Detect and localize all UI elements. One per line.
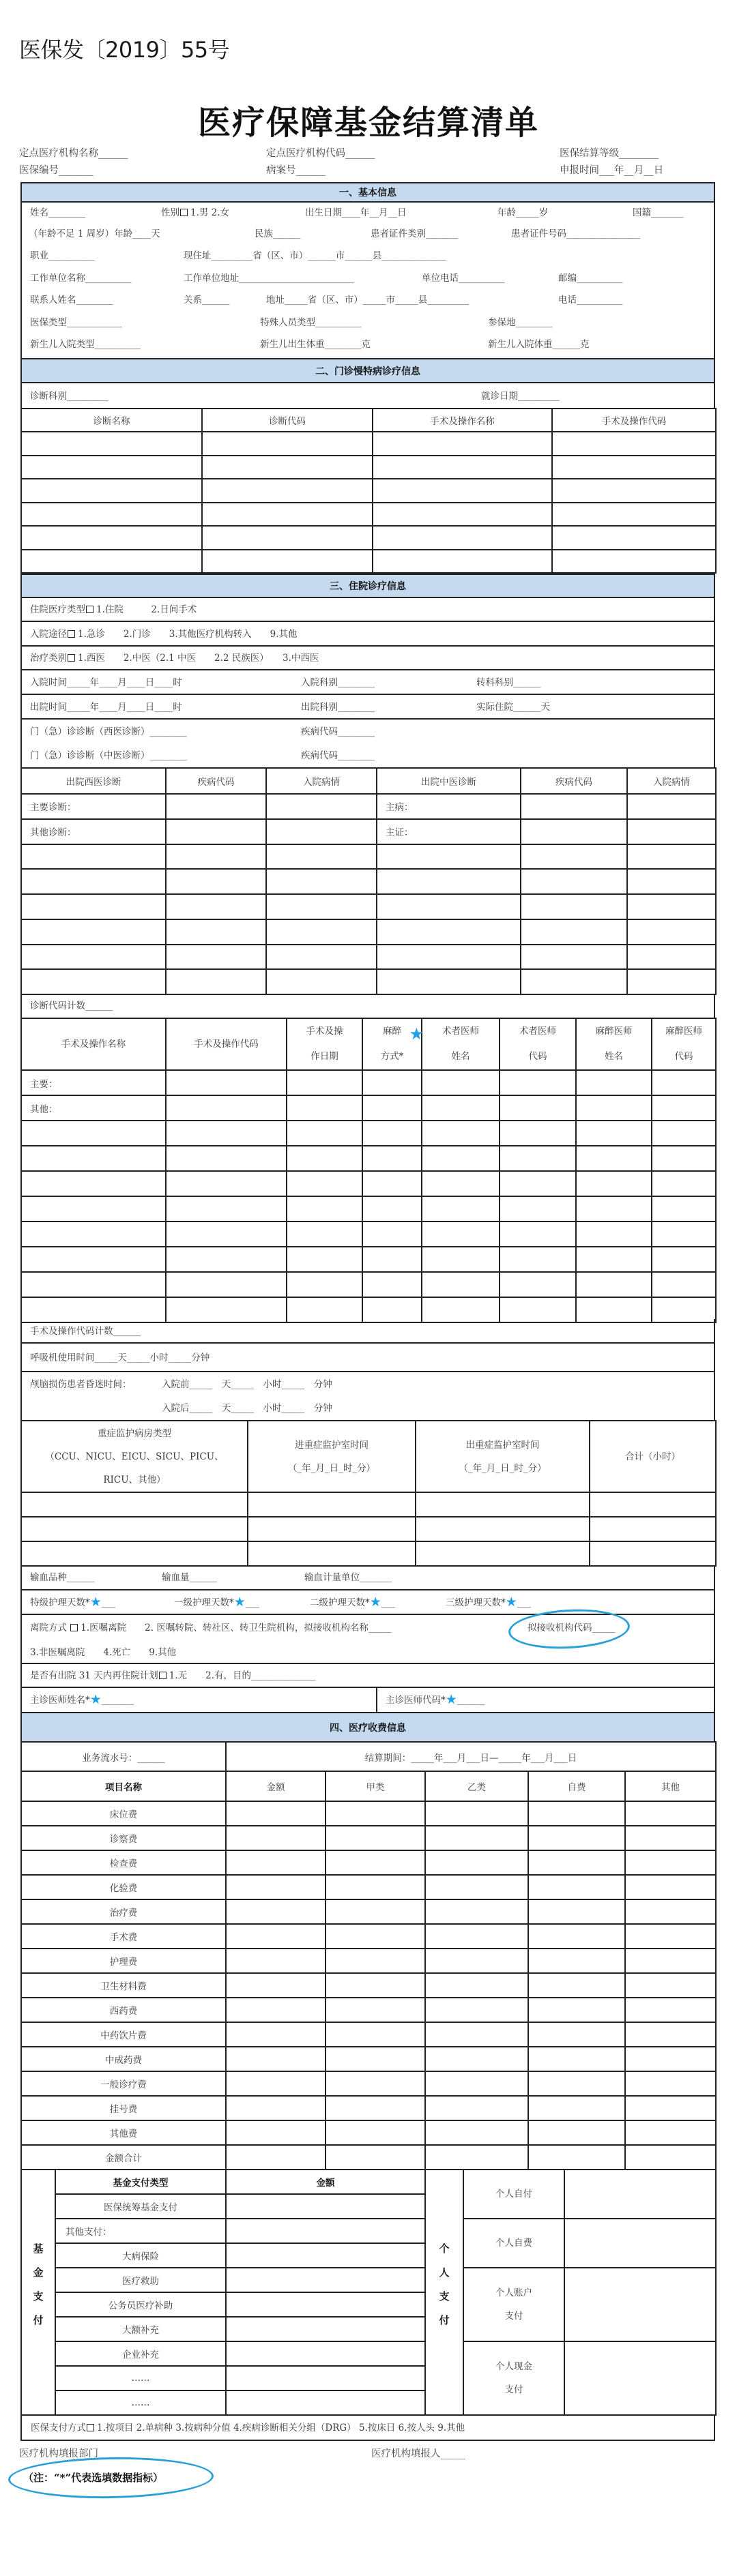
attending-code-field: 主诊医师代码*★______ xyxy=(386,1693,485,1707)
table-cell xyxy=(226,2022,326,2047)
table-cell xyxy=(425,1850,528,1875)
diagnosis-dept-field: 诊断科别_________ xyxy=(30,389,109,403)
table-row: 其他诊断： 主证： xyxy=(21,819,716,844)
table-cell xyxy=(21,1247,166,1272)
fee-row: 一般诊疗费 xyxy=(21,2071,716,2096)
table-cell xyxy=(287,1196,362,1222)
table-cell xyxy=(226,1949,326,1973)
personal-payment-group: 个人支付 xyxy=(425,2170,463,2415)
employer-phone-field: 单位电话__________ xyxy=(422,271,505,285)
field-label: 特级护理天数* xyxy=(30,1597,90,1608)
ventilator-row: 呼吸机使用时间_____天_____小时_____分钟 xyxy=(20,1344,715,1372)
care-type-label: 住院医疗类型 xyxy=(30,604,85,615)
table-row xyxy=(21,1492,716,1517)
table-cell xyxy=(266,919,377,945)
table-cell xyxy=(627,945,716,970)
table-cell xyxy=(202,456,373,479)
table-cell xyxy=(521,969,627,994)
care-type-row: 住院医疗类型1.住院 2.日间手术 xyxy=(20,598,715,622)
table-cell xyxy=(528,1973,625,1998)
table-cell xyxy=(627,969,716,994)
gender-field: 性别1.男 2.女 xyxy=(161,206,229,220)
readmission-plan-field: 是否有出院 31 天内再住院计划1.无 2.有，目的______________ xyxy=(30,1669,316,1683)
attending-name-field: 主诊医师姓名*★_______ xyxy=(30,1693,134,1707)
table-cell xyxy=(226,1850,326,1875)
payment-method-field: 医保支付方式1.按项目 2.单病种 3.按病种分值 4.疾病诊断相关分组（DRG… xyxy=(31,2421,465,2435)
table-cell xyxy=(326,1801,425,1826)
table-cell xyxy=(21,1196,166,1222)
section-title: 三、住院诊疗信息 xyxy=(330,579,406,593)
birth-date-field: 出生日期____年__月__日 xyxy=(305,206,407,220)
id-type-field: 患者证件类别_______ xyxy=(371,227,458,241)
table-cell xyxy=(652,1247,716,1272)
table-cell xyxy=(625,2022,716,2047)
annotation-circle xyxy=(8,2455,214,2500)
table-cell xyxy=(528,1998,625,2022)
table-cell xyxy=(326,1875,425,1899)
fund-type-label: 医疗救助 xyxy=(55,2268,226,2292)
table-cell xyxy=(528,2047,625,2071)
newborn-admission-weight-field: 新生儿入院体重______克 xyxy=(488,338,590,351)
table-cell xyxy=(362,1171,422,1196)
table-cell xyxy=(576,1121,652,1146)
table-cell xyxy=(528,2071,625,2096)
discharge-mode-field: 离院方式 1.医嘱离院 2. 医嘱转院、转社区、转卫生院机构，拟接收机构名称__… xyxy=(30,1621,392,1635)
table-cell xyxy=(652,1171,716,1196)
table-cell xyxy=(627,894,716,919)
fee-item-label: 化验费 xyxy=(21,1875,226,1899)
table-cell xyxy=(226,2268,425,2292)
admission-dept-field: 入院科别________ xyxy=(301,676,375,690)
table-cell xyxy=(625,2071,716,2096)
table-cell xyxy=(266,794,377,819)
fee-item-label: 一般诊疗费 xyxy=(21,2071,226,2096)
field-blank: ___ xyxy=(517,1597,531,1608)
table-cell xyxy=(248,1541,416,1566)
star-icon: ★ xyxy=(506,1595,517,1610)
personal-item-label: 个人自付 xyxy=(463,2170,564,2219)
table-row xyxy=(21,1517,716,1541)
table-cell xyxy=(500,1095,576,1121)
table-cell xyxy=(21,1272,166,1297)
readmission-label: 是否有出院 31 天内再住院计划 xyxy=(30,1670,158,1681)
level1-nursing-days-field: 一级护理天数*★___ xyxy=(174,1596,259,1610)
table-row xyxy=(21,1247,716,1272)
treatment-type-field: 治疗类别1.西医 2.中医（2.1 中医 2.2 民族医） 3.中西医 xyxy=(30,651,319,665)
fee-row: 卫生材料费 xyxy=(21,1973,716,1998)
serial-number-field: 业务流水号：______ xyxy=(21,1742,226,1771)
table-cell xyxy=(326,1826,425,1850)
table-cell xyxy=(166,1222,287,1247)
table-cell xyxy=(590,1492,716,1517)
star-icon: ★ xyxy=(90,1595,102,1610)
fee-item-label: 西药费 xyxy=(21,1998,226,2022)
table-cell xyxy=(422,1171,500,1196)
fee-row: 中药饮片费 xyxy=(21,2022,716,2047)
table-cell xyxy=(226,2145,326,2170)
table-cell xyxy=(552,479,716,503)
table-cell xyxy=(576,1095,652,1121)
table-cell xyxy=(287,1272,362,1297)
table-cell xyxy=(625,2145,716,2170)
table-row: 其他： xyxy=(21,1095,716,1121)
table-cell xyxy=(627,844,716,870)
table-cell xyxy=(166,1146,287,1171)
checkbox-icon xyxy=(68,654,75,662)
table-cell xyxy=(627,919,716,945)
table-cell xyxy=(266,869,377,894)
table-row xyxy=(21,432,716,456)
column-header: 术者医师 代码 xyxy=(500,1018,576,1070)
table-cell xyxy=(576,1070,652,1095)
level2-nursing-days-field: 二级护理天数*★___ xyxy=(310,1596,395,1610)
name-field: 姓名________ xyxy=(30,206,85,220)
table-cell xyxy=(226,2047,326,2071)
table-cell xyxy=(425,1973,528,1998)
table-row xyxy=(21,1171,716,1196)
field-label: 主诊医师姓名* xyxy=(30,1695,90,1706)
table-cell xyxy=(326,2022,425,2047)
table-cell xyxy=(326,2145,425,2170)
column-header: 手术及操作代码 xyxy=(552,409,716,432)
er-diagnosis-tcm-field: 门（急）诊诊断（中医诊断）________ xyxy=(30,749,187,763)
table-row xyxy=(21,1121,716,1146)
table-cell xyxy=(500,1222,576,1247)
table-cell xyxy=(521,794,627,819)
procedure-code-count-field: 手术及操作代码计数______ xyxy=(30,1324,141,1338)
discharge-mode-options-2: 3.非医嘱离院 4.死亡 9.其他 xyxy=(30,1646,176,1659)
table-cell xyxy=(362,1070,422,1095)
table-cell xyxy=(21,526,202,550)
actual-stay-days-field: 实际住院______天 xyxy=(476,700,550,714)
table-cell xyxy=(652,1196,716,1222)
table-cell xyxy=(362,1095,422,1121)
table-cell xyxy=(166,869,266,894)
table-cell xyxy=(362,1146,422,1171)
fund-type-label: 大病保险 xyxy=(55,2243,226,2268)
table-cell xyxy=(373,526,552,550)
table-cell xyxy=(326,1850,425,1875)
table-cell xyxy=(373,456,552,479)
er-diagnosis-western-field: 门（急）诊诊断（西医诊断）________ xyxy=(30,725,187,739)
column-header: 麻醉医师 代码 xyxy=(652,1018,716,1070)
infant-age-field: （年龄不足 1 周岁）年龄____天 xyxy=(29,227,160,241)
table-cell xyxy=(652,1070,716,1095)
table-cell xyxy=(528,2145,625,2170)
outpatient-diagnosis-table: 诊断名称 诊断代码 手术及操作名称 手术及操作代码 xyxy=(20,408,717,574)
star-icon: ★ xyxy=(370,1595,381,1610)
table-cell xyxy=(21,1517,248,1541)
column-header: 乙类 xyxy=(425,1771,528,1801)
table-cell xyxy=(528,1899,625,1924)
nationality-field: 国籍_______ xyxy=(633,206,683,220)
discharge-diagnosis-table: 出院西医诊断 疾病代码 入院病情 出院中医诊断 疾病代码 入院病情 主要诊断： … xyxy=(20,767,717,995)
table-cell xyxy=(373,479,552,503)
blood-type-field: 输血品种______ xyxy=(30,1571,95,1584)
checkbox-icon xyxy=(87,2424,94,2431)
table-cell xyxy=(266,894,377,919)
table-cell xyxy=(425,1899,528,1924)
nursing-days-row: 特级护理天数*★___ 一级护理天数*★___ 二级护理天数*★___ 三级护理… xyxy=(20,1590,715,1615)
checkbox-icon xyxy=(86,606,93,613)
table-cell xyxy=(590,1517,716,1541)
table-cell xyxy=(226,2341,425,2366)
table-cell xyxy=(422,1247,500,1272)
table-cell xyxy=(422,1121,500,1146)
treatment-type-options: 1.西医 2.中医（2.1 中医 2.2 民族医） 3.中西医 xyxy=(78,653,319,664)
table-cell xyxy=(326,2120,425,2145)
table-cell xyxy=(377,894,521,919)
table-cell xyxy=(21,479,202,503)
table-cell xyxy=(287,1171,362,1196)
table-cell xyxy=(564,2341,716,2415)
table-cell xyxy=(202,550,373,574)
table-header-row: 手术及操作名称 手术及操作代码 手术及操 作日期 麻醉 方式*★ 术者医师 姓名… xyxy=(21,1018,716,1070)
age-field: 年龄_____岁 xyxy=(497,206,548,220)
fee-row: 化验费 xyxy=(21,1875,716,1899)
personal-item-label: 个人现金 支付 xyxy=(463,2341,564,2415)
table-cell xyxy=(576,1247,652,1272)
table-cell xyxy=(166,1095,287,1121)
table-cell xyxy=(226,1875,326,1899)
table-cell xyxy=(226,2071,326,2096)
fund-type-label: 医保统筹基金支付 xyxy=(55,2194,226,2219)
table-cell xyxy=(425,1924,528,1949)
column-header: 金额 xyxy=(226,1771,326,1801)
table-cell xyxy=(552,503,716,527)
table-cell xyxy=(202,479,373,503)
field-blank: ___ xyxy=(246,1597,259,1608)
payment-method-row: 医保支付方式1.按项目 2.单病种 3.按病种分值 4.疾病诊断相关分组（DRG… xyxy=(20,2416,715,2441)
table-cell xyxy=(425,1949,528,1973)
table-row: 主要： xyxy=(21,1070,716,1095)
checkbox-icon xyxy=(68,630,75,638)
table-row xyxy=(21,1146,716,1171)
field-blank: ___ xyxy=(102,1597,115,1608)
table-cell xyxy=(652,1095,716,1121)
table-cell xyxy=(226,1826,326,1850)
table-cell xyxy=(576,1196,652,1222)
table-cell xyxy=(521,869,627,894)
checkbox-icon xyxy=(180,209,188,216)
column-header: 合计（小时） xyxy=(590,1421,716,1492)
column-header: 其他 xyxy=(625,1771,716,1801)
table-cell xyxy=(166,1247,287,1272)
table-cell xyxy=(166,1070,287,1095)
table-cell xyxy=(652,1121,716,1146)
table-row: 其他支付： 个人自费 xyxy=(21,2219,716,2243)
procedure-table: 手术及操作名称 手术及操作代码 手术及操 作日期 麻醉 方式*★ 术者医师 姓名… xyxy=(20,1018,717,1323)
field-label: 一级护理天数* xyxy=(174,1597,234,1608)
table-row xyxy=(21,479,716,503)
personal-item-label: 个人自费 xyxy=(463,2219,564,2268)
table-row xyxy=(21,1272,716,1297)
table-cell xyxy=(166,819,266,844)
table-cell xyxy=(287,1070,362,1095)
section-title: 二、门诊慢特病诊疗信息 xyxy=(315,364,420,378)
document-number: 医保发〔2019〕55号 xyxy=(19,36,229,63)
postcode-field: 邮编__________ xyxy=(558,271,623,285)
table-cell xyxy=(202,526,373,550)
fee-row: 挂号费 xyxy=(21,2096,716,2120)
table-cell xyxy=(326,2047,425,2071)
table-cell xyxy=(166,945,266,970)
table-cell xyxy=(590,1541,716,1566)
table-cell xyxy=(248,1517,416,1541)
table-cell xyxy=(625,1998,716,2022)
table-row xyxy=(21,969,716,994)
table-row: 医疗救助 个人账户 支付 xyxy=(21,2268,716,2292)
fund-type-label: …… xyxy=(55,2366,226,2390)
table-cell xyxy=(500,1272,576,1297)
table-cell xyxy=(377,945,521,970)
employer-name-field: 工作单位名称__________ xyxy=(30,271,132,285)
table-cell xyxy=(373,503,552,527)
table-cell xyxy=(266,945,377,970)
table-cell xyxy=(287,1095,362,1121)
personal-item-label: 个人账户 支付 xyxy=(463,2268,564,2341)
table-cell xyxy=(287,1121,362,1146)
table-cell xyxy=(226,2390,425,2415)
fee-row: 西药费 xyxy=(21,1998,716,2022)
table-cell xyxy=(625,2120,716,2145)
table-cell xyxy=(552,526,716,550)
reporter-field: 医疗机构填报人_____ xyxy=(371,2447,465,2461)
table-row xyxy=(21,1222,716,1247)
coma-before-admission-field: 入院前_____ 天_____ 小时_____ 分钟 xyxy=(162,1378,332,1391)
table-cell xyxy=(21,869,166,894)
table-row: 主要诊断： 主病： xyxy=(21,794,716,819)
column-header: 进重症监护室时间 （_年_月_日_时_分） xyxy=(248,1421,416,1492)
table-row xyxy=(21,503,716,527)
table-cell xyxy=(416,1541,590,1566)
column-header-anesthesia: 麻醉 方式*★ xyxy=(362,1018,422,1070)
fund-type-label: 大额补充 xyxy=(55,2317,226,2341)
table-cell xyxy=(528,1924,625,1949)
table-cell xyxy=(521,819,627,844)
fund-payment-label: 基金支付 xyxy=(31,2243,46,2339)
table-cell xyxy=(625,1899,716,1924)
column-header: 手术及操作名称 xyxy=(373,409,552,432)
occupation-field: 职业__________ xyxy=(30,249,95,263)
table-cell xyxy=(326,2071,425,2096)
row-label: 主要诊断： xyxy=(21,794,166,819)
employer-address-field: 工作单位地址_________________________ xyxy=(184,271,354,285)
table-cell xyxy=(425,2145,528,2170)
column-header-label: 麻醉 方式* xyxy=(381,1026,404,1062)
table-cell xyxy=(528,1850,625,1875)
table-cell xyxy=(21,1146,166,1171)
coma-time-label: 颅脑损伤患者昏迷时间： xyxy=(30,1378,132,1391)
table-cell xyxy=(21,894,166,919)
table-cell xyxy=(362,1121,422,1146)
table-cell xyxy=(248,1492,416,1517)
er-disease-code-tcm-field: 疾病代码________ xyxy=(301,749,375,763)
insurance-type-field: 医保类型____________ xyxy=(30,316,122,329)
table-cell xyxy=(21,919,166,945)
table-cell xyxy=(226,2243,425,2268)
table-cell xyxy=(422,1095,500,1121)
table-cell xyxy=(166,1171,287,1196)
table-cell xyxy=(326,1998,425,2022)
table-cell xyxy=(362,1196,422,1222)
table-cell xyxy=(326,1899,425,1924)
case-number-field: 病案号______ xyxy=(266,164,326,177)
section-fees-header: 四、医疗收费信息 xyxy=(20,1713,715,1743)
er-disease-code-western-field: 疾病代码________ xyxy=(301,725,375,739)
table-cell xyxy=(362,1222,422,1247)
table-cell xyxy=(377,869,521,894)
table-cell xyxy=(21,1492,248,1517)
table-cell xyxy=(652,1272,716,1297)
table-cell xyxy=(500,1070,576,1095)
table-cell xyxy=(625,2047,716,2071)
column-header: 甲类 xyxy=(326,1771,425,1801)
fee-item-label: 中成药费 xyxy=(21,2047,226,2071)
table-cell xyxy=(226,2194,425,2219)
icu-table: 重症监护病房类型 （CCU、NICU、EICU、SICU、PICU、 RICU、… xyxy=(20,1420,717,1567)
transfer-dept-field: 转科科别______ xyxy=(476,676,541,690)
treatment-type-row: 治疗类别1.西医 2.中医（2.1 中医 2.2 民族医） 3.中西医 xyxy=(20,647,715,670)
table-cell xyxy=(166,1272,287,1297)
discharge-time-row: 出院时间_____年____月____日____时 出院科别________ 实… xyxy=(20,695,715,720)
readmission-options: 1.无 2.有，目的______________ xyxy=(169,1670,316,1681)
ethnicity-field: 民族______ xyxy=(255,227,301,241)
table-cell xyxy=(377,844,521,870)
table-cell xyxy=(521,919,627,945)
report-time-field: 申报时间___年__月__日 xyxy=(560,164,663,177)
table-cell xyxy=(266,844,377,870)
table-cell xyxy=(21,432,202,456)
checkbox-icon xyxy=(70,1624,78,1631)
table-cell xyxy=(166,794,266,819)
table-cell xyxy=(528,2096,625,2120)
payment-method-label: 医保支付方式 xyxy=(31,2423,86,2433)
contact-address-field: 地址_____省（区、市）_____市_____县_________ xyxy=(266,293,469,307)
newborn-birth-weight-field: 新生儿出生体重________克 xyxy=(260,338,371,351)
institution-name-field: 定点医疗机构名称______ xyxy=(19,147,128,160)
fee-item-label: 中药饮片费 xyxy=(21,2022,226,2047)
column-header: 疾病代码 xyxy=(166,768,266,794)
table-cell xyxy=(625,1949,716,1973)
table-cell xyxy=(326,2096,425,2120)
procedure-code-count-row: 手术及操作代码计数______ xyxy=(20,1319,715,1344)
settlement-level-field: 医保结算等级________ xyxy=(560,147,659,160)
table-cell xyxy=(576,1222,652,1247)
table-cell xyxy=(287,1222,362,1247)
contact-phone-field: 电话__________ xyxy=(558,293,623,307)
table-cell xyxy=(377,969,521,994)
table-cell xyxy=(226,1801,326,1826)
star-icon: ★ xyxy=(446,1692,457,1707)
table-cell xyxy=(521,844,627,870)
row-label: 其他： xyxy=(21,1095,166,1121)
fund-type-label: 企业补充 xyxy=(55,2341,226,2366)
table-cell xyxy=(564,2268,716,2341)
ventilator-time-field: 呼吸机使用时间_____天_____小时_____分钟 xyxy=(30,1351,209,1365)
table-cell xyxy=(166,894,266,919)
table-cell xyxy=(226,2292,425,2317)
table-cell xyxy=(500,1196,576,1222)
fee-total-row: 金额合计 xyxy=(21,2145,716,2170)
table-cell xyxy=(422,1222,500,1247)
gender-options: 1.男 2.女 xyxy=(190,207,229,218)
table-cell xyxy=(21,945,166,970)
treatment-type-label: 治疗类别 xyxy=(30,653,67,664)
table-row xyxy=(21,526,716,550)
column-header: 入院病情 xyxy=(627,768,716,794)
diagnosis-code-count-row: 诊断代码计数______ xyxy=(20,994,715,1019)
